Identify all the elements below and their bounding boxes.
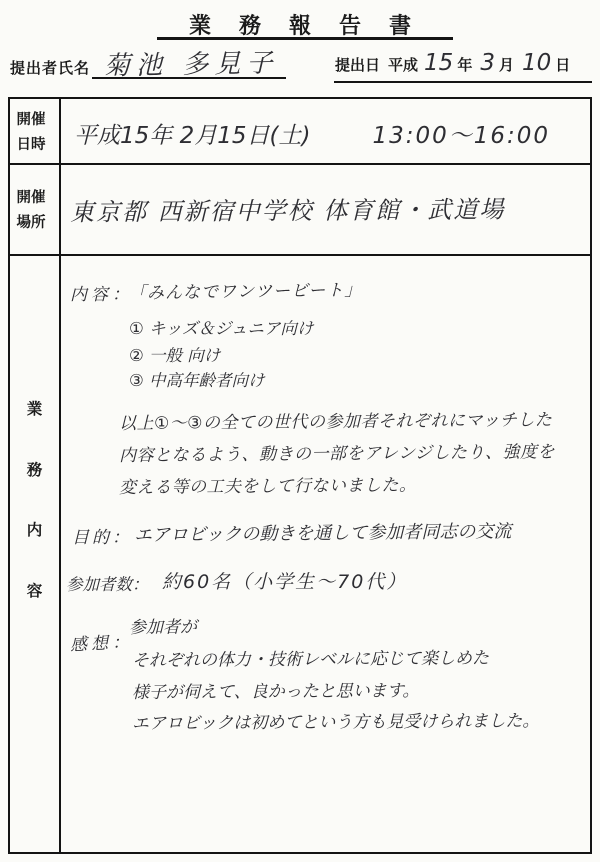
purpose-text: エアロビックの動きを通して参加者同志の交流	[134, 517, 512, 547]
era-label: 平成	[388, 54, 418, 75]
year-value: 15	[424, 52, 453, 75]
impressions-line: 様子が伺えて、良かったと思います。	[132, 676, 419, 703]
event-time: 13:00〜16:00	[372, 117, 550, 150]
content-paragraph-line: 内容となるよう、動きの一部をアレンジしたり、強度を	[119, 437, 555, 466]
label-char: 内	[27, 522, 43, 538]
program-item: ① キッズ＆ジュニア向け	[129, 315, 313, 339]
label-char: 務	[27, 462, 43, 478]
submission-date-underline	[334, 81, 592, 83]
row-label-work: 業 務 内 容	[10, 254, 59, 851]
row-label-datetime-line2: 日時	[17, 133, 53, 154]
year-unit: 年	[457, 54, 472, 75]
row-label-venue: 開催 場所	[10, 163, 59, 254]
submission-date-label: 提出日	[335, 54, 380, 75]
row-label-datetime: 開催 日時	[10, 99, 59, 163]
table-row-border-2	[10, 254, 590, 256]
title-underline	[157, 37, 453, 40]
content-paragraph-line: 変える等の工夫をして行ないました。	[119, 470, 417, 498]
row-label-venue-line1: 開催	[17, 186, 53, 207]
event-date: 平成15年 2月15日(土)	[74, 117, 310, 150]
label-char: 容	[27, 583, 43, 599]
day-value: 10	[522, 52, 551, 75]
table-row-border-1	[10, 163, 590, 165]
impressions-line: 参加者が	[129, 613, 197, 638]
label-char: 日時	[17, 133, 46, 154]
row-label-datetime-line1: 開催	[17, 108, 53, 129]
table-label-divider	[59, 99, 61, 852]
participants-text: 約60名（小学生〜70代）	[162, 567, 407, 594]
impressions-line: エアロビックは初めてという方も見受けられました。	[132, 706, 539, 734]
participants-label: 参加者数：	[66, 571, 149, 595]
label-char: 開催	[17, 186, 46, 207]
label-char: 場所	[17, 211, 46, 232]
month-unit: 月	[499, 54, 514, 75]
row-label-venue-line2: 場所	[17, 211, 53, 232]
label-char: 業	[27, 401, 43, 417]
page-title: 業務報告書	[0, 9, 600, 40]
impressions-label: 感想：	[69, 627, 133, 655]
program-item: ③ 中高年齢者向け	[129, 367, 265, 391]
program-title: 「みんなでワンツービート」	[129, 275, 363, 303]
purpose-label: 目的：	[72, 523, 132, 548]
submitter-name-label: 提出者氏名	[10, 57, 90, 78]
venue-value: 東京都 西新宿中学校 体育館・武道場	[70, 189, 505, 227]
month-value: 3	[480, 52, 495, 75]
report-table: 開催 日時 平成15年 2月15日(土) 13:00〜16:00 開催 場所 東…	[8, 97, 592, 854]
submission-date: 提出日 平成 15 年 3 月 10 日	[335, 52, 591, 75]
program-item: ② 一般 向け	[129, 342, 220, 366]
day-unit: 日	[555, 54, 570, 75]
label-char: 開催	[17, 108, 46, 129]
impressions-line: それぞれの体力・技術レベルに応じて楽しめた	[132, 644, 489, 671]
content-section-label: 内容：	[70, 280, 133, 305]
submitter-underline	[92, 77, 286, 79]
datetime-value: 平成15年 2月15日(土) 13:00〜16:00	[74, 117, 550, 150]
content-paragraph-line: 以上①〜③の全ての世代の参加者それぞれにマッチした	[119, 405, 553, 434]
